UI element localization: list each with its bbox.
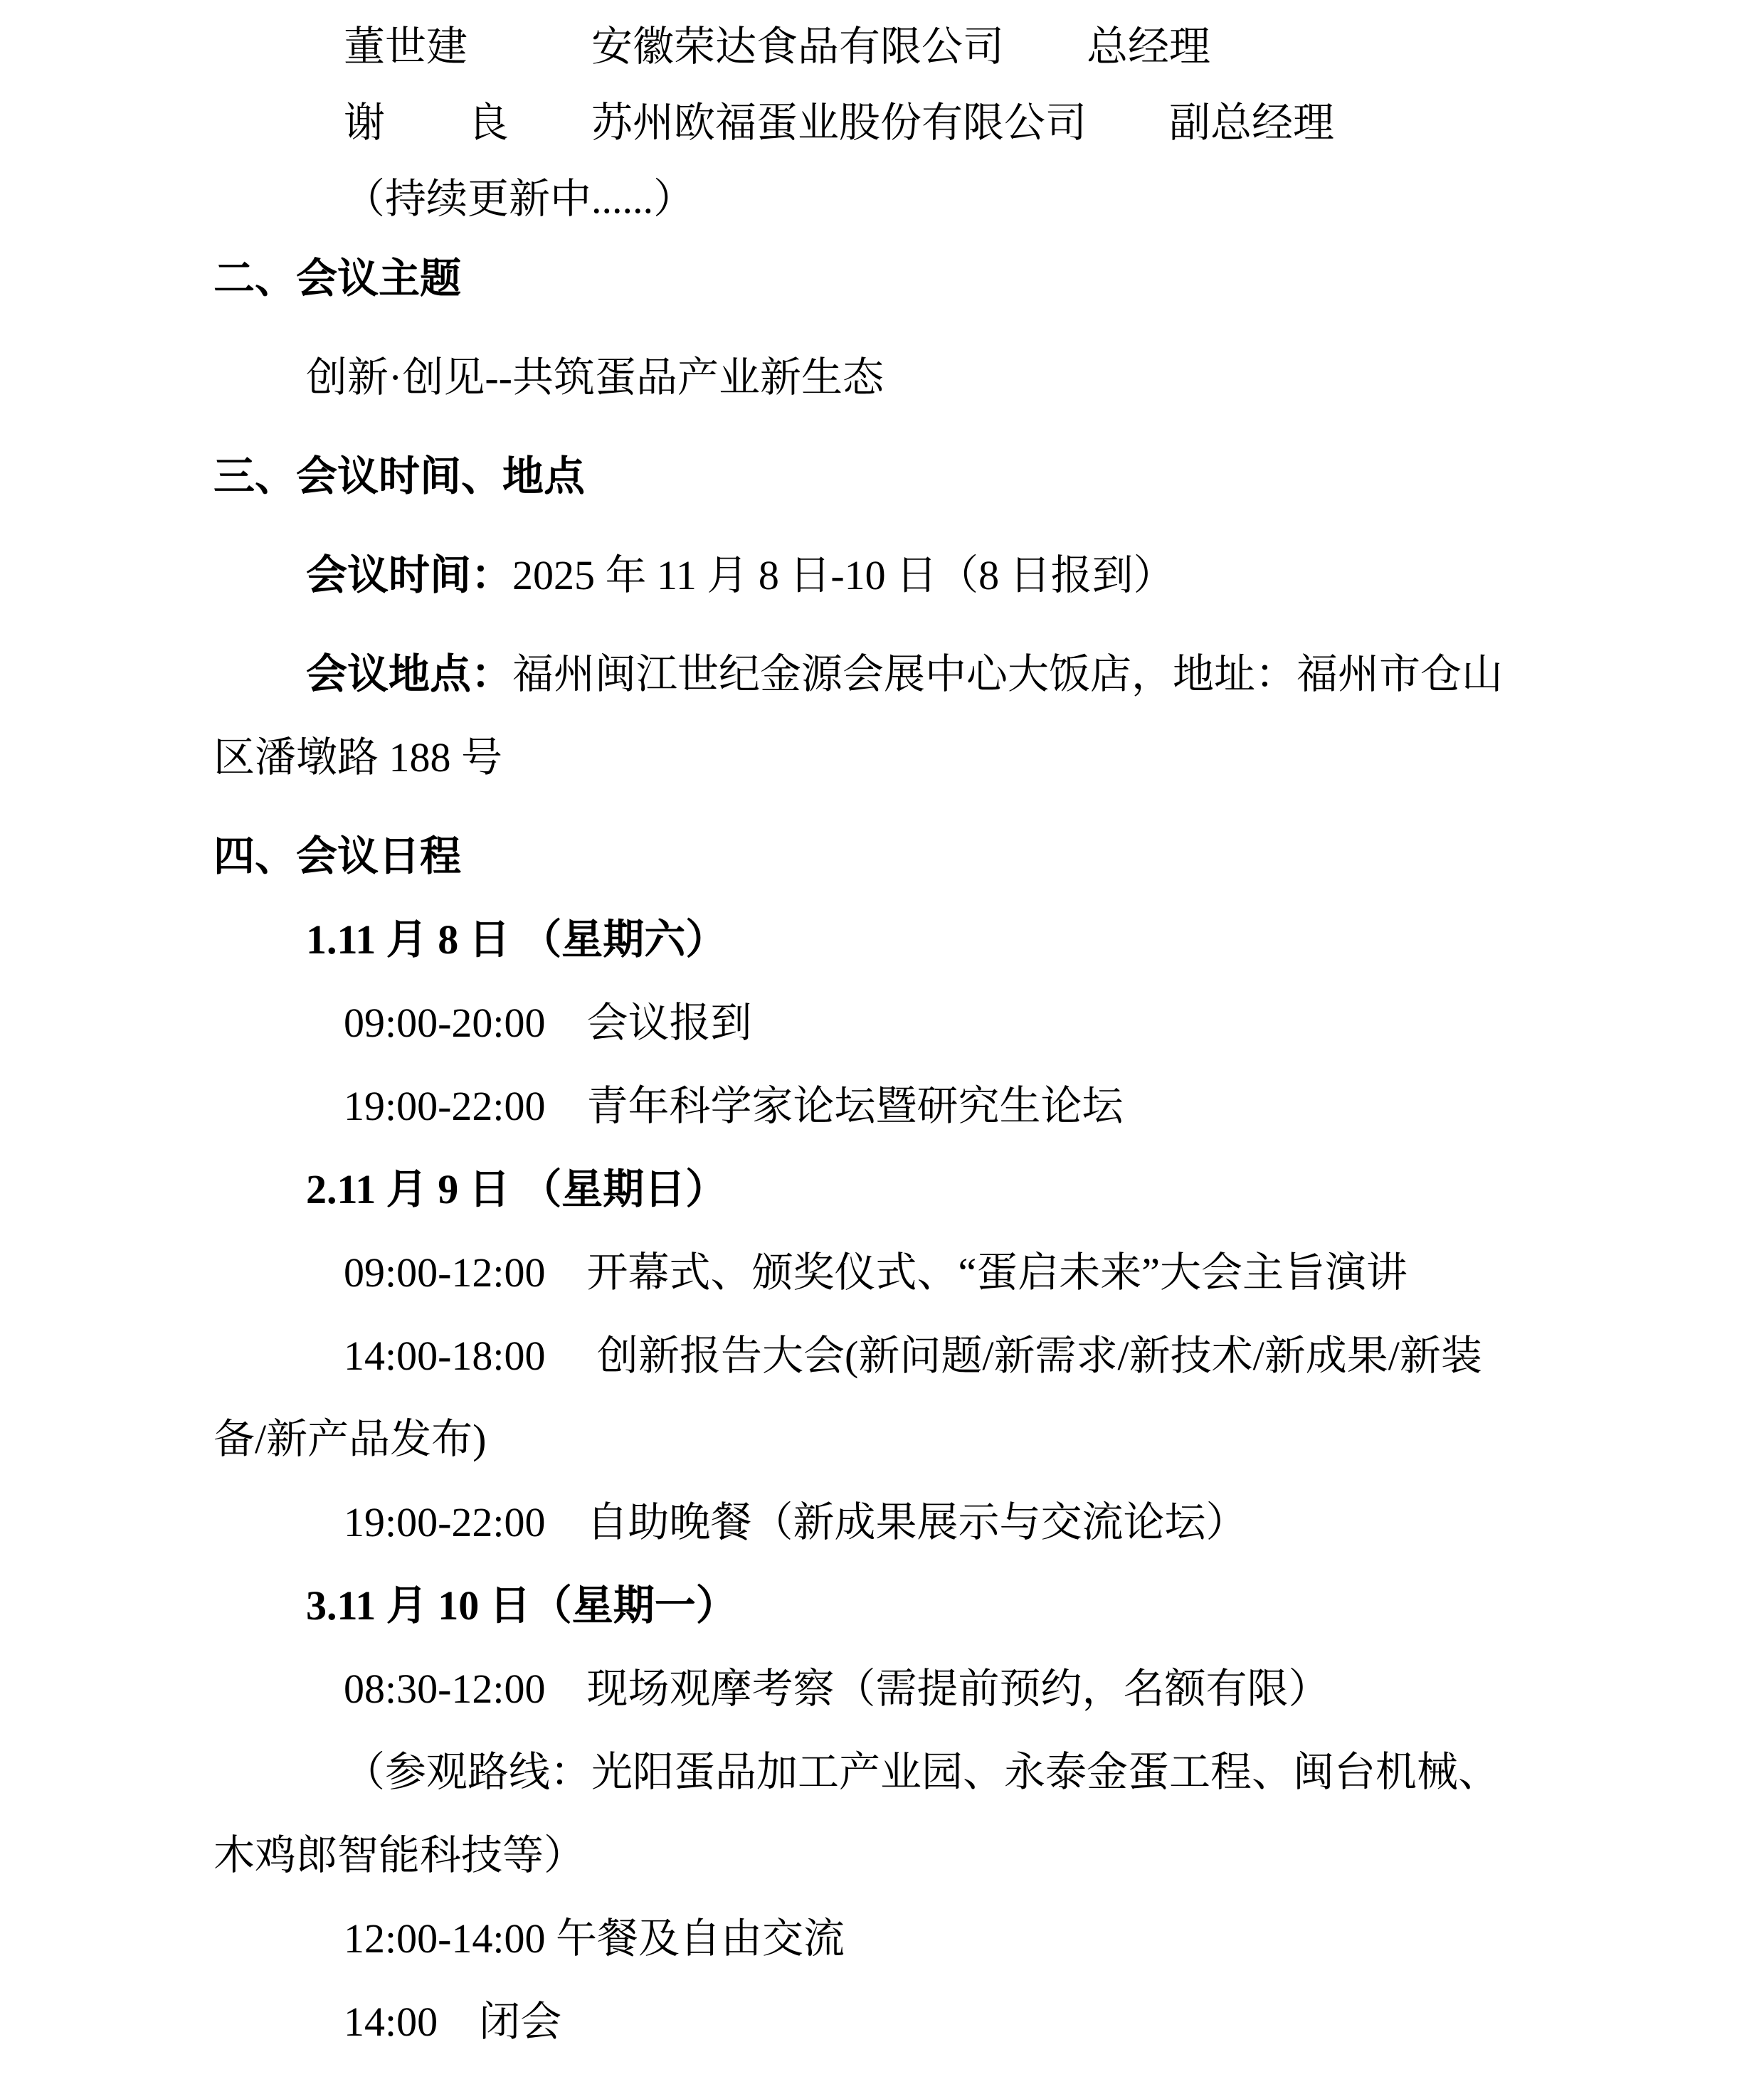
attendee-line: 董世建 安徽荣达食品有限公司 总经理 — [213, 9, 1558, 85]
info-line: 会议地点：福州闽江世纪金源会展中心大饭店，地址：福州市仓山 — [213, 633, 1558, 716]
schedule-item: 14:00-18:00 创新报告大会(新问题/新需求/新技术/新成果/新装 — [213, 1314, 1558, 1397]
route-line: （参观路线：光阳蛋品加工产业园、永泰金蛋工程、闽台机械、 — [213, 1730, 1558, 1814]
schedule-item: 09:00-12:00 开幕式、颁奖仪式、“蛋启未来”大会主旨演讲 — [213, 1231, 1558, 1314]
continuation-line: 备/新产品发布) — [213, 1397, 1558, 1481]
continuation-line: 木鸡郎智能科技等） — [213, 1814, 1558, 1897]
section-heading: 四、会议日程 — [213, 815, 1558, 898]
attendee-line: 谢 良 苏州欧福蛋业股份有限公司 副总经理 — [213, 85, 1558, 161]
schedule-item: 19:00-22:00 自助晚餐（新成果展示与交流论坛） — [213, 1481, 1558, 1564]
section-heading: 三、会议时间、地点 — [213, 435, 1558, 518]
document-page: 董世建 安徽荣达食品有限公司 总经理谢 良 苏州欧福蛋业股份有限公司 副总经理（… — [0, 0, 1764, 2084]
schedule-item: 14:00 闭会 — [213, 1980, 1558, 2063]
schedule-item: 12:00-14:00 午餐及自由交流 — [213, 1897, 1558, 1980]
info-label: 会议地点： — [306, 651, 512, 697]
continuation-line: 区潘墩路 188 号 — [213, 716, 1558, 799]
info-value: 福州闽江世纪金源会展中心大饭店，地址：福州市仓山 — [512, 651, 1503, 697]
schedule-item: 09:00-20:00 会议报到 — [213, 981, 1558, 1064]
update-note: （持续更新中......） — [213, 161, 1558, 237]
schedule-day-heading: 1.11 月 8 日 （星期六） — [213, 898, 1558, 981]
schedule-day-heading: 2.11 月 9 日 （星期日） — [213, 1148, 1558, 1231]
info-line: 会议时间：2025 年 11 月 8 日-10 日（8 日报到） — [213, 534, 1558, 617]
info-label: 会议时间： — [306, 552, 512, 598]
info-value: 2025 年 11 月 8 日-10 日（8 日报到） — [512, 552, 1175, 598]
schedule-day-heading: 3.11 月 10 日（星期一） — [213, 1564, 1558, 1647]
conference-theme: 创新·创见--共筑蛋品产业新生态 — [213, 336, 1558, 419]
schedule-item: 08:30-12:00 现场观摩考察（需提前预约，名额有限） — [213, 1647, 1558, 1730]
schedule-item: 19:00-22:00 青年科学家论坛暨研究生论坛 — [213, 1064, 1558, 1148]
section-heading: 二、会议主题 — [213, 237, 1558, 320]
